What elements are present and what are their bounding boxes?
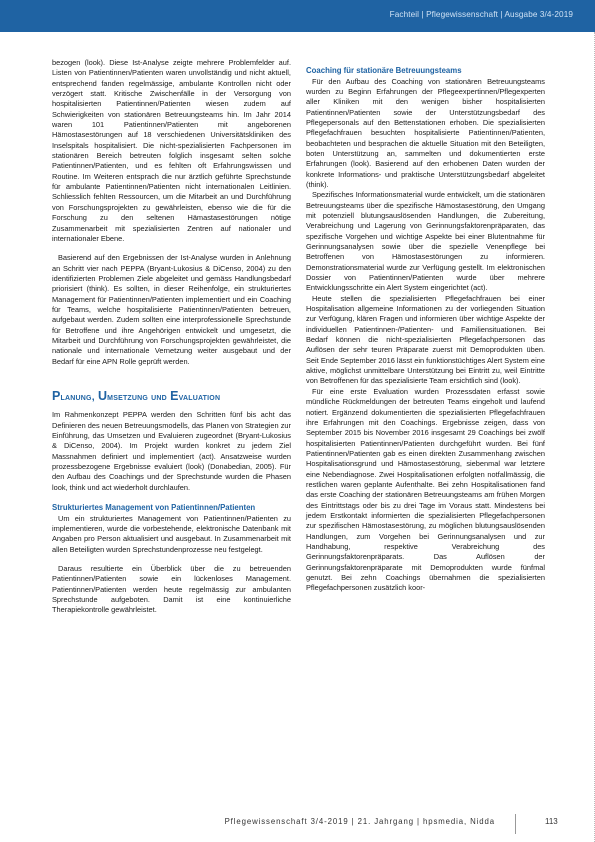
paragraph: Im Rahmenkonzept PEPPA werden den Schrit… [52, 410, 291, 493]
paragraph: Spezifisches Informationsmaterial wurde … [306, 190, 545, 293]
paragraph: Heute stellen die spezialisierten Pflege… [306, 294, 545, 387]
paragraph: Daraus resultierte ein Überblick über di… [52, 564, 291, 616]
right-column: Coaching für stationäre Betreuungsteams … [306, 66, 545, 594]
paragraph: Für den Aufbau des Coaching von stationä… [306, 77, 545, 191]
paragraph: Um ein strukturiertes Management von Pat… [52, 514, 291, 555]
page-number: 113 [545, 817, 558, 826]
section-heading: Planung, Umsetzung und Evaluation [52, 391, 291, 402]
paragraph: Basierend auf den Ergebnissen der Ist-An… [52, 253, 291, 367]
left-column: bezogen (look). Diese Ist-Analyse zeigte… [52, 58, 291, 616]
page-footer: Pflegewissenschaft 3/4-2019 | 21. Jahrga… [0, 814, 595, 834]
footer-divider [515, 814, 516, 834]
subheading-coaching: Coaching für stationäre Betreuungsteams [306, 66, 545, 77]
footer-journal-line: Pflegewissenschaft 3/4-2019 | 21. Jahrga… [225, 817, 495, 826]
paragraph: Für eine erste Evaluation wurden Prozess… [306, 387, 545, 594]
paragraph: bezogen (look). Diese Ist-Analyse zeigte… [52, 58, 291, 244]
subheading-patient-management: Strukturiertes Management von Patientinn… [52, 503, 291, 514]
running-header-title: Fachteil | Pflegewissenschaft | Ausgabe … [390, 10, 573, 19]
running-header-bar: Fachteil | Pflegewissenschaft | Ausgabe … [0, 0, 595, 32]
